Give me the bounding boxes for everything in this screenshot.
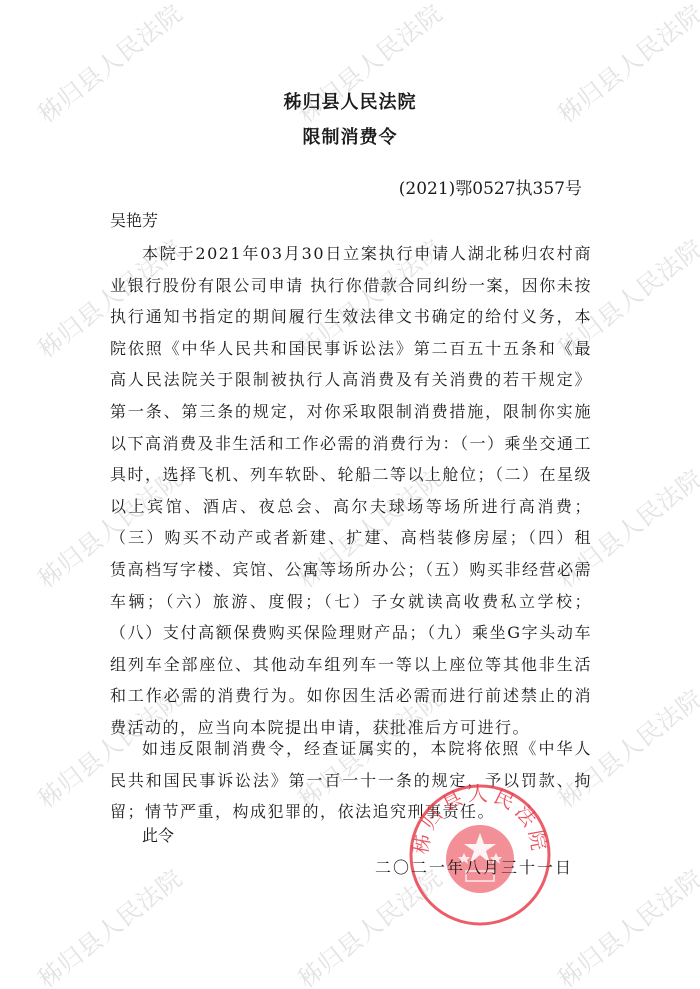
body-paragraph-main: 本院于2021年03月30日立案执行申请人湖北秭归农村商业银行股份有限公司申请 … (110, 238, 592, 744)
watermark: 秭归县人民法院 (289, 881, 421, 989)
issue-date: 二〇二一年八月三十一日 (375, 855, 573, 878)
document-page: 秭归县人民法院 秭归县人民法院 秭归县人民法院 秭归县人民法院 秭归县人民法院 … (0, 0, 700, 989)
closing-text: 此令 (142, 823, 174, 846)
addressee: 吴艳芳 (110, 208, 158, 231)
court-name: 秭归县人民法院 (0, 88, 700, 114)
watermark: 秭归县人民法院 (29, 881, 161, 989)
watermark: 秭归县人民法院 (549, 881, 681, 989)
case-number: (2021)鄂0527执357号 (399, 174, 582, 199)
document-title: 限制消费令 (0, 123, 700, 149)
